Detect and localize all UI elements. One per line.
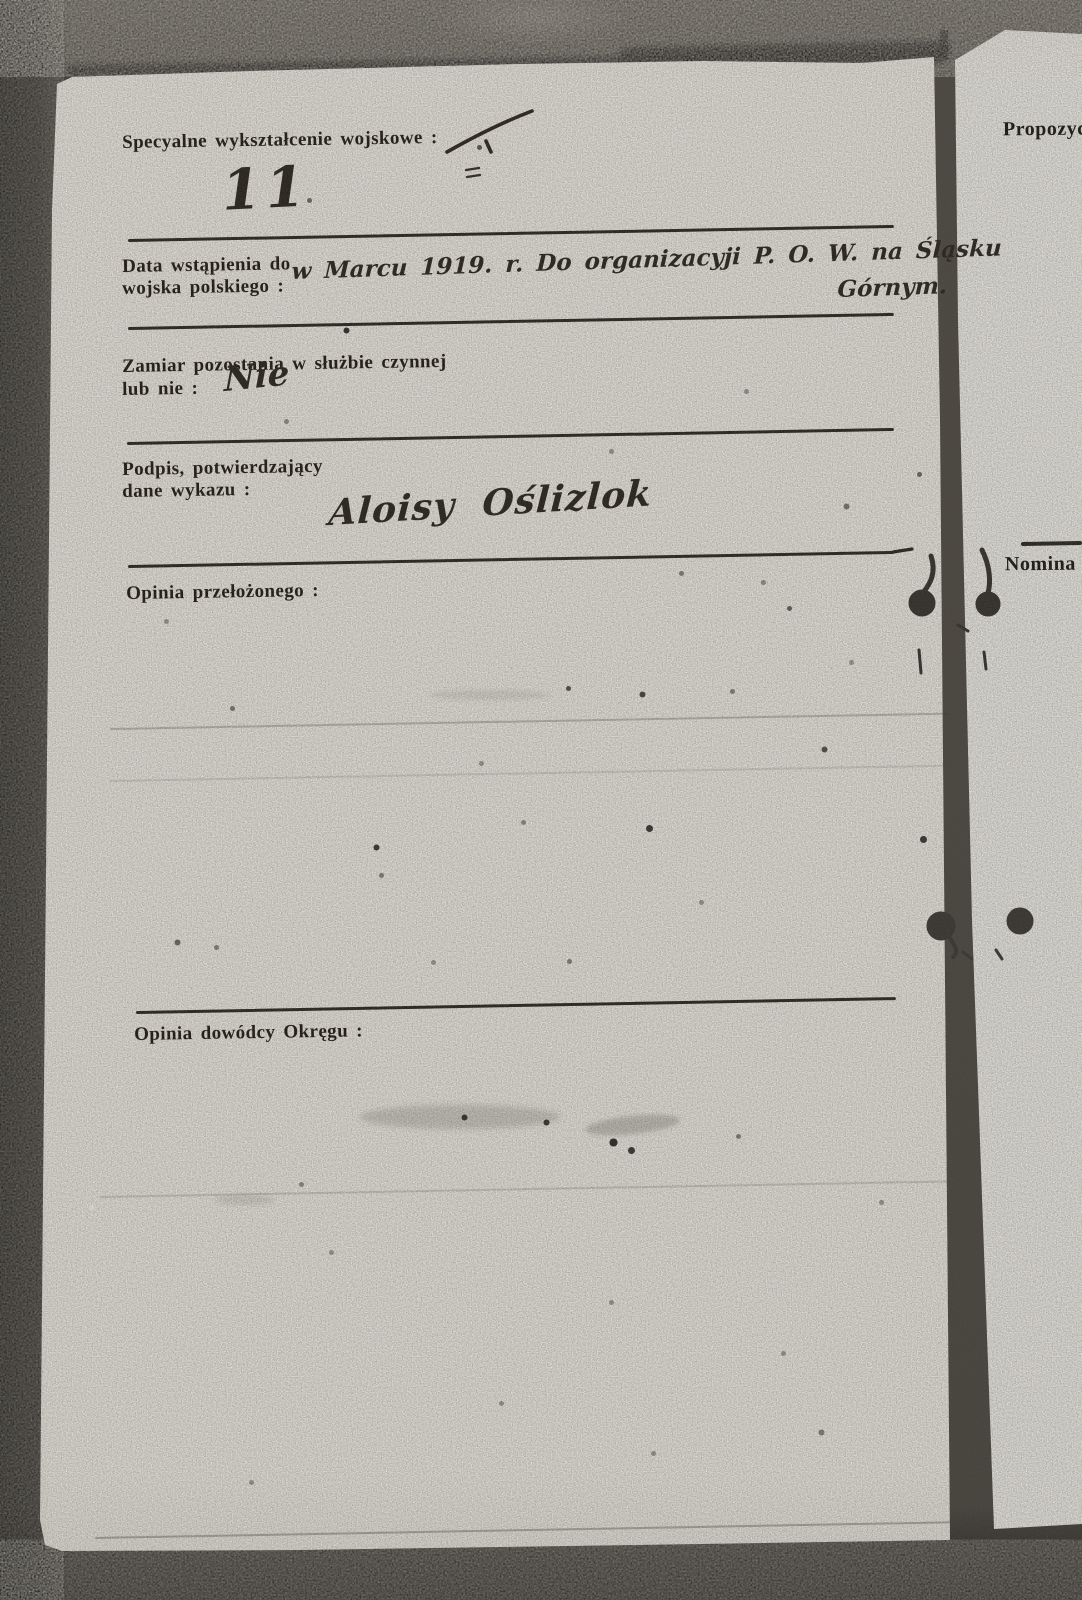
scan-background: Propozyc Nomina Specyalne wykształcenie … — [0, 0, 1082, 1600]
ink-smudge — [360, 1105, 560, 1129]
field6-label: Opinia dowódcy Okręgu : — [134, 1020, 363, 1046]
field5-label: Opinia przełożonego : — [126, 580, 319, 605]
right-page-heading-mid: Nomina — [1005, 553, 1076, 577]
field2-label-line2: wojska polskiego : — [122, 275, 284, 300]
field1-value-handwritten: 11 — [220, 153, 311, 224]
background-fabric-texture — [0, 1545, 1082, 1600]
field4-label-line2: dane wykazu : — [122, 479, 251, 503]
right-page-heading-top: Propozyc — [1003, 118, 1082, 142]
field4-label-line1: Podpis, potwierdzający — [122, 456, 323, 481]
field2-label-line1: Data wstąpienia do — [122, 253, 291, 278]
ink-smudge — [215, 1195, 275, 1205]
field3-label-line2: lub nie : — [122, 378, 198, 401]
ink-specks — [0, 0, 3, 3]
field2-value-handwritten-line2: Górnym. — [837, 272, 947, 303]
ink-smudge — [430, 690, 550, 700]
field3-value-handwritten: Nie — [224, 353, 289, 400]
